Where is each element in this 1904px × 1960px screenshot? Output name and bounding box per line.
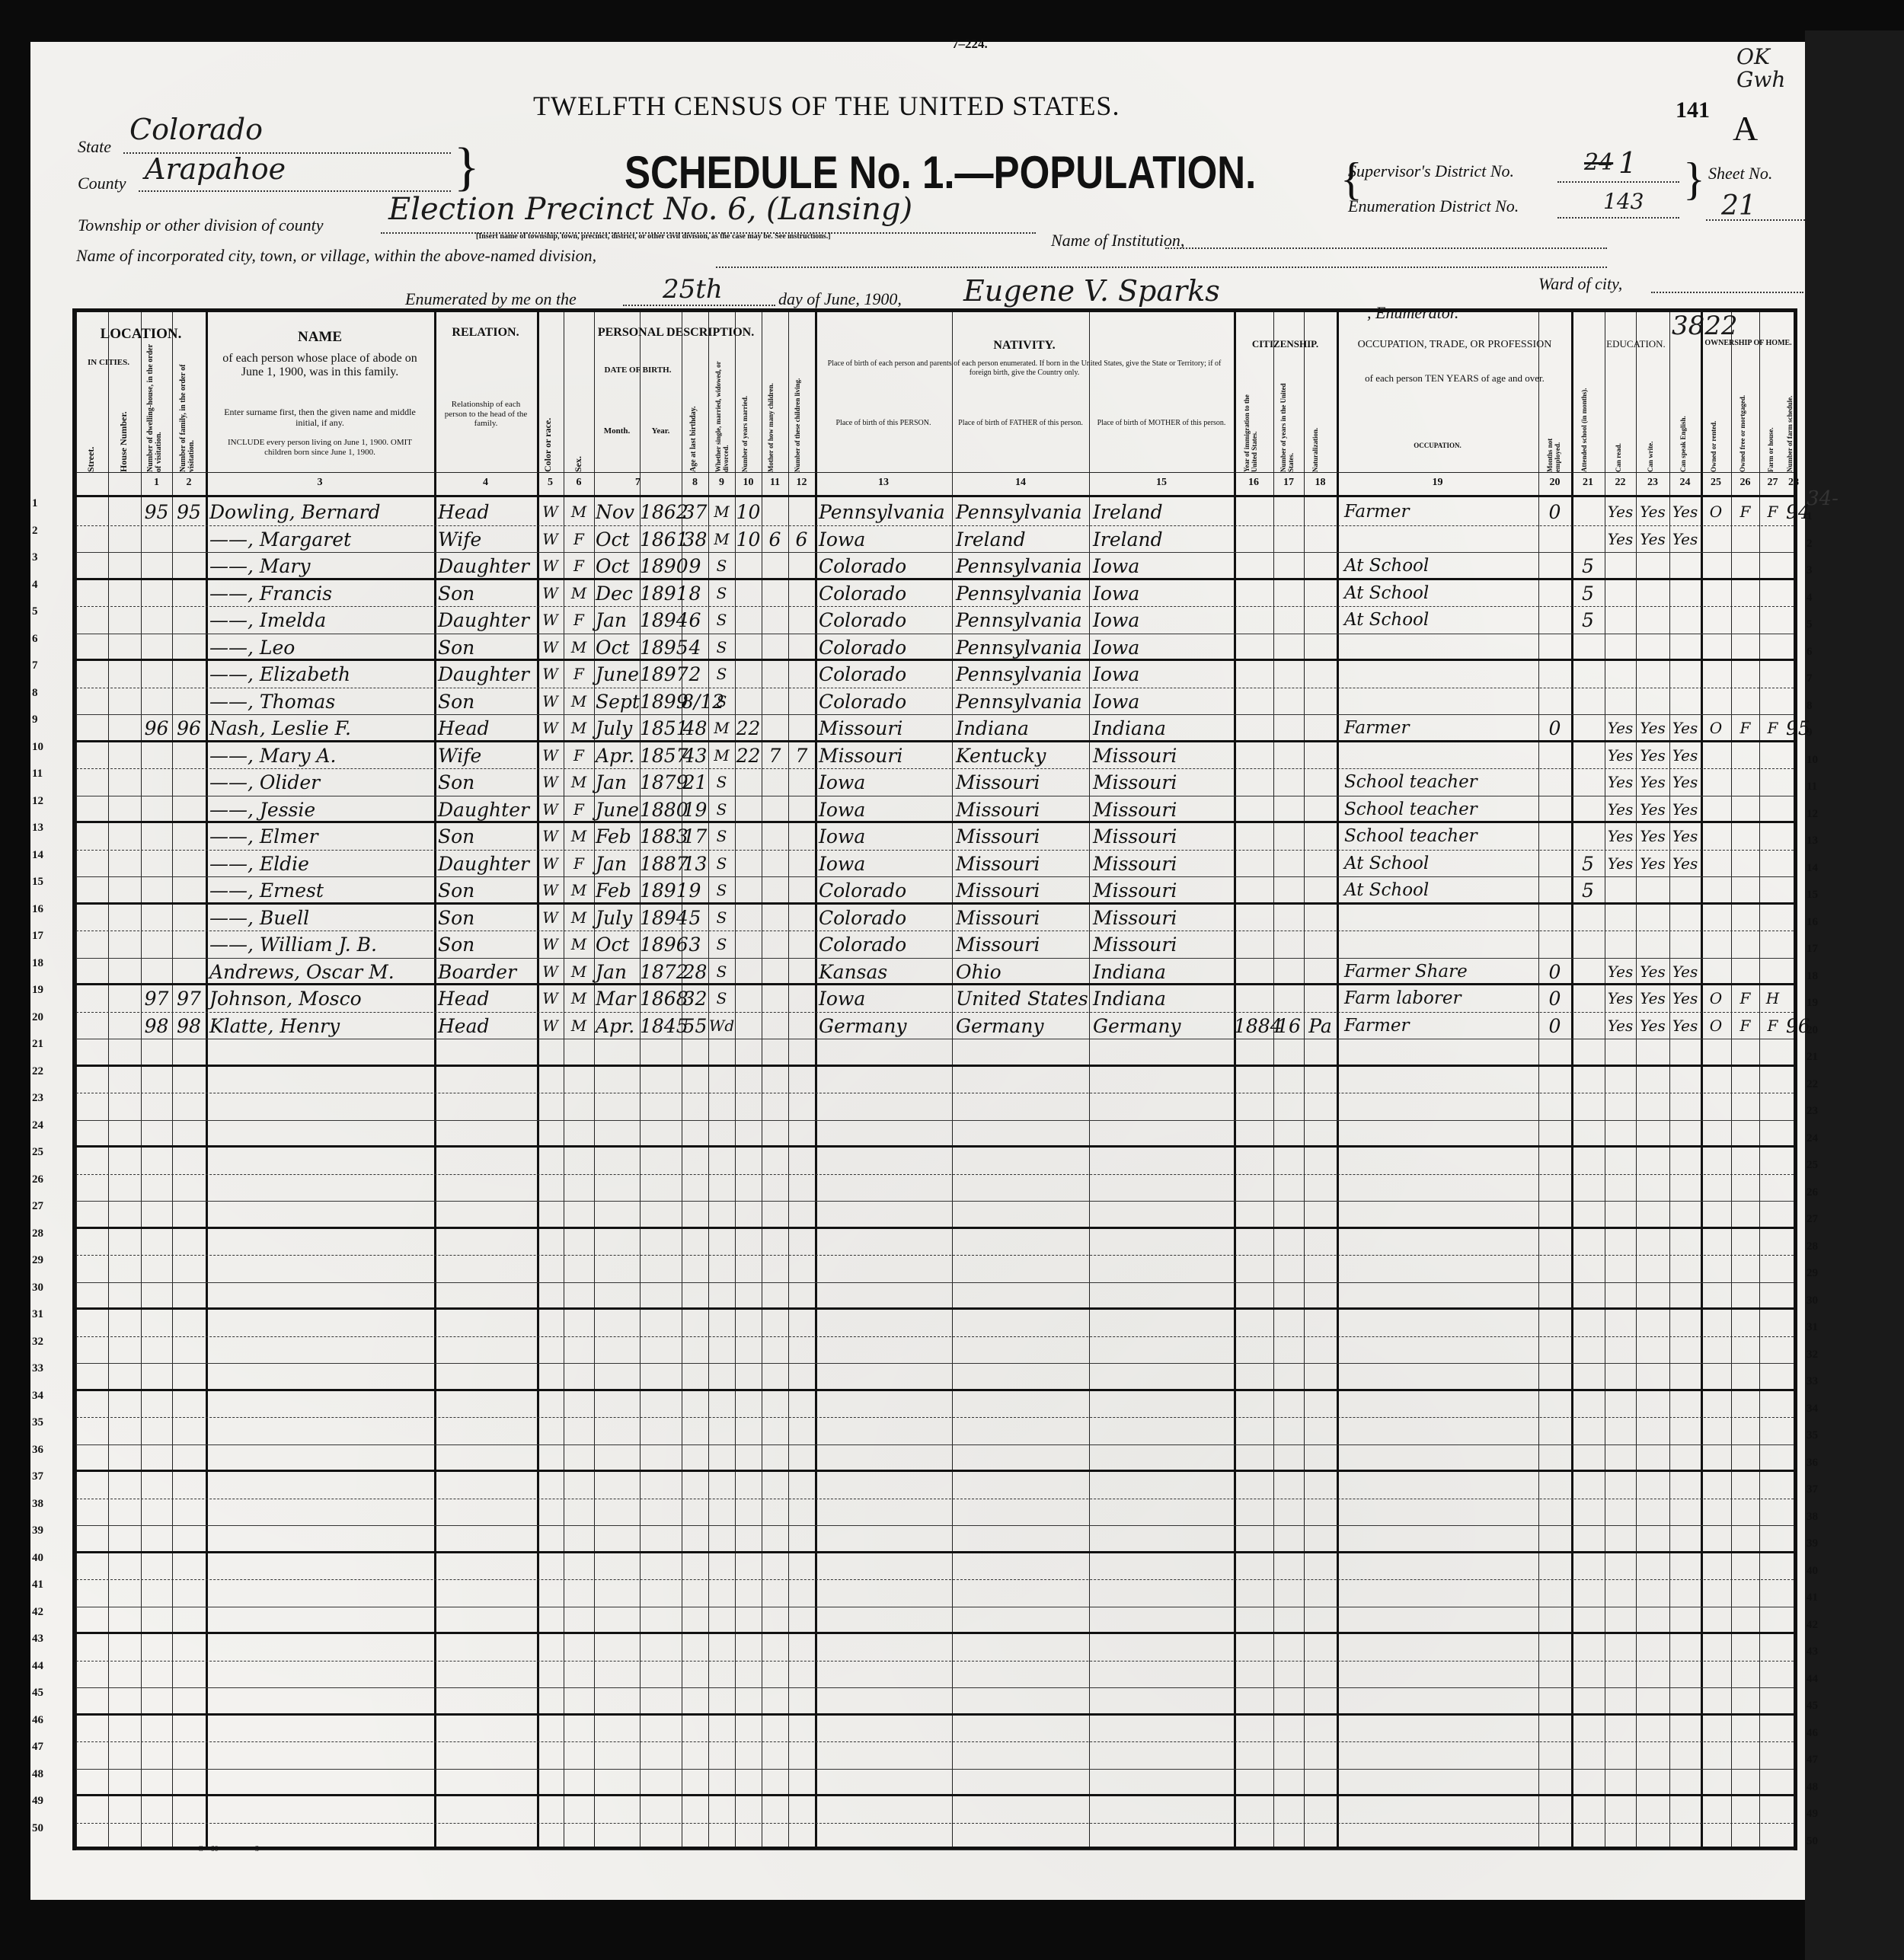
cell-own[interactable]: O [1701,1013,1731,1039]
cell-write[interactable]: Yes [1636,742,1669,769]
cell-occ[interactable]: Farmer [1344,1013,1538,1039]
cell-year[interactable]: 1845 [640,1013,682,1039]
cell-nat[interactable] [1304,580,1337,607]
cell-name[interactable]: ——, Eldie [209,851,434,877]
cell-english[interactable]: Yes [1669,499,1701,525]
cell-mother-birth[interactable]: Missouri [1093,931,1234,958]
cell-month[interactable]: Dec [596,580,640,607]
cell-ym[interactable]: 10 [735,499,762,525]
cell-year[interactable]: 1895 [640,634,682,659]
cell-mother[interactable] [762,499,788,525]
cell-occ[interactable]: Farmer [1344,499,1538,525]
cell-birth[interactable]: Colorado [819,553,952,578]
cell-ym[interactable] [735,634,762,659]
cell-sex[interactable]: M [564,1013,594,1039]
cell-mother[interactable] [762,877,788,902]
cell-marital[interactable]: S [708,931,735,958]
cell-occ[interactable] [1344,661,1538,688]
cell-read[interactable]: Yes [1605,796,1636,822]
cell-nat[interactable] [1304,851,1337,877]
cell-father[interactable]: Pennsylvania [956,634,1089,659]
cell-rel[interactable]: Head [438,985,537,1012]
cell-family[interactable]: 96 [172,715,206,740]
cell-occ[interactable]: At School [1344,607,1538,634]
cell-color[interactable]: W [537,634,564,659]
cell-unemp[interactable] [1538,905,1571,931]
cell-sex[interactable]: M [564,931,594,958]
cell-rel[interactable]: Head [438,499,537,525]
cell-father[interactable]: Pennsylvania [956,580,1089,607]
cell-father[interactable]: Missouri [956,769,1089,796]
cell-free[interactable] [1731,877,1759,902]
cell-family[interactable] [172,931,206,958]
cell-free[interactable]: F [1731,499,1759,525]
cell-living[interactable]: 7 [788,742,815,769]
cell-own[interactable] [1701,851,1731,877]
cell-color[interactable]: W [537,877,564,902]
cell-school[interactable]: 5 [1571,553,1605,578]
cell-free[interactable] [1731,931,1759,958]
enumerated-day[interactable]: 25th [663,274,723,305]
cell-nat[interactable] [1304,634,1337,659]
supervisor-value[interactable]: 1 [1618,146,1637,180]
cell-rel[interactable]: Son [438,580,537,607]
cell-marital[interactable]: S [708,580,735,607]
cell-age[interactable]: 37 [682,499,708,525]
cell-father[interactable]: Ireland [956,526,1089,553]
cell-sex[interactable]: M [564,905,594,931]
cell-own[interactable] [1701,769,1731,796]
cell-imm[interactable] [1234,931,1273,958]
cell-birth[interactable]: Iowa [819,796,952,822]
cell-marital[interactable]: S [708,985,735,1012]
cell-school[interactable]: 5 [1571,877,1605,902]
cell-unemp[interactable]: 0 [1538,1013,1571,1039]
cell-sched[interactable] [1786,634,1801,659]
cell-sched[interactable]: 94 [1786,499,1801,525]
cell-living[interactable] [788,931,815,958]
cell-imm[interactable] [1234,553,1273,578]
cell-ym[interactable] [735,688,762,715]
cell-sex[interactable]: F [564,526,594,553]
cell-birth[interactable]: Iowa [819,985,952,1012]
cell-marital[interactable]: S [708,634,735,659]
cell-father[interactable]: Indiana [956,715,1089,740]
cell-living[interactable] [788,796,815,822]
cell-name[interactable]: ——, Mary [209,553,434,578]
cell-living[interactable] [788,1013,815,1039]
cell-month[interactable]: Oct [596,634,640,659]
cell-write[interactable]: Yes [1636,526,1669,553]
cell-free[interactable] [1731,959,1759,984]
cell-farm[interactable] [1759,634,1786,659]
cell-unemp[interactable]: 0 [1538,499,1571,525]
cell-father[interactable]: Missouri [956,823,1089,850]
cell-father[interactable]: Germany [956,1013,1089,1039]
cell-birth[interactable]: Colorado [819,580,952,607]
cell-mother[interactable] [762,985,788,1012]
cell-family[interactable] [172,742,206,769]
cell-read[interactable]: Yes [1605,823,1636,850]
cell-imm[interactable] [1234,769,1273,796]
cell-sched[interactable] [1786,985,1801,1012]
cell-rel[interactable]: Daughter [438,851,537,877]
cell-age[interactable]: 13 [682,851,708,877]
cell-occ[interactable]: School teacher [1344,796,1538,822]
cell-name[interactable]: Dowling, Bernard [209,499,434,525]
cell-occ[interactable]: Farmer [1344,715,1538,740]
cell-farm[interactable] [1759,959,1786,984]
cell-school[interactable] [1571,985,1605,1012]
cell-nat[interactable] [1304,877,1337,902]
cell-year[interactable]: 1899 [640,688,682,715]
cell-living[interactable] [788,553,815,578]
cell-own[interactable] [1701,661,1731,688]
cell-age[interactable]: 32 [682,985,708,1012]
cell-age[interactable]: 9 [682,877,708,902]
cell-father[interactable]: Pennsylvania [956,661,1089,688]
cell-unemp[interactable] [1538,823,1571,850]
cell-sex[interactable]: F [564,553,594,578]
cell-month[interactable]: Jan [596,851,640,877]
cell-month[interactable]: Apr. [596,742,640,769]
cell-mother-birth[interactable]: Ireland [1093,499,1234,525]
cell-family[interactable] [172,769,206,796]
enumerator-name[interactable]: Eugene V. Sparks [963,274,1220,308]
cell-english[interactable] [1669,877,1701,902]
cell-mother-birth[interactable]: Iowa [1093,634,1234,659]
cell-name[interactable]: ——, Ernest [209,877,434,902]
cell-unemp[interactable] [1538,796,1571,822]
cell-living[interactable] [788,715,815,740]
cell-english[interactable] [1669,905,1701,931]
cell-year[interactable]: 1862 [640,499,682,525]
cell-occ[interactable]: At School [1344,851,1538,877]
county-value[interactable]: Arapahoe [145,152,286,186]
cell-family[interactable] [172,877,206,902]
cell-father[interactable]: Missouri [956,931,1089,958]
cell-mother[interactable] [762,851,788,877]
cell-occ[interactable]: At School [1344,553,1538,578]
cell-school[interactable]: 5 [1571,851,1605,877]
cell-nat[interactable] [1304,985,1337,1012]
cell-mother-birth[interactable]: Iowa [1093,553,1234,578]
cell-imm[interactable] [1234,959,1273,984]
cell-read[interactable]: Yes [1605,959,1636,984]
cell-age[interactable]: 19 [682,796,708,822]
cell-name[interactable]: Andrews, Oscar M. [209,959,434,984]
cell-sex[interactable]: F [564,742,594,769]
cell-write[interactable]: Yes [1636,1013,1669,1039]
cell-month[interactable]: Sept [596,688,640,715]
cell-read[interactable] [1605,905,1636,931]
cell-farm[interactable] [1759,742,1786,769]
cell-age[interactable]: 28 [682,959,708,984]
cell-school[interactable] [1571,931,1605,958]
cell-read[interactable] [1605,634,1636,659]
ed-value[interactable]: 143 [1603,189,1644,214]
cell-nat[interactable] [1304,661,1337,688]
cell-sex[interactable]: M [564,877,594,902]
cell-own[interactable] [1701,959,1731,984]
cell-month[interactable]: Jan [596,959,640,984]
cell-sched[interactable] [1786,607,1801,634]
cell-write[interactable]: Yes [1636,796,1669,822]
cell-color[interactable]: W [537,985,564,1012]
cell-name[interactable]: ——, Elizabeth [209,661,434,688]
cell-sched[interactable] [1786,553,1801,578]
cell-farm[interactable] [1759,851,1786,877]
cell-read[interactable] [1605,661,1636,688]
cell-month[interactable]: Oct [596,931,640,958]
cell-ym[interactable] [735,580,762,607]
cell-farm[interactable]: F [1759,1013,1786,1039]
cell-dwelling[interactable] [141,931,172,958]
cell-dwelling[interactable]: 95 [141,499,172,525]
cell-imm[interactable] [1234,688,1273,715]
cell-imm[interactable] [1234,526,1273,553]
cell-nat[interactable] [1304,607,1337,634]
cell-read[interactable]: Yes [1605,985,1636,1012]
cell-ym[interactable] [735,823,762,850]
cell-month[interactable]: Jan [596,769,640,796]
cell-father[interactable]: Missouri [956,796,1089,822]
cell-imm[interactable] [1234,823,1273,850]
cell-name[interactable]: ——, Imelda [209,607,434,634]
cell-write[interactable]: Yes [1636,769,1669,796]
cell-birth[interactable]: Missouri [819,742,952,769]
cell-yrs[interactable] [1273,985,1304,1012]
cell-free[interactable] [1731,526,1759,553]
cell-write[interactable]: Yes [1636,851,1669,877]
cell-father[interactable]: Pennsylvania [956,553,1089,578]
cell-ym[interactable] [735,769,762,796]
cell-age[interactable]: 5 [682,905,708,931]
cell-age[interactable]: 21 [682,769,708,796]
cell-marital[interactable]: S [708,851,735,877]
cell-english[interactable]: Yes [1669,526,1701,553]
cell-mother[interactable] [762,959,788,984]
cell-yrs[interactable] [1273,688,1304,715]
cell-own[interactable] [1701,796,1731,822]
cell-mother[interactable] [762,715,788,740]
cell-family[interactable] [172,851,206,877]
cell-english[interactable]: Yes [1669,851,1701,877]
cell-free[interactable]: F [1731,1013,1759,1039]
cell-imm[interactable] [1234,851,1273,877]
cell-mother[interactable]: 6 [762,526,788,553]
cell-age[interactable]: 38 [682,526,708,553]
cell-dwelling[interactable] [141,661,172,688]
cell-marital[interactable]: Wd [708,1013,735,1039]
cell-yrs[interactable] [1273,661,1304,688]
cell-english[interactable] [1669,634,1701,659]
cell-marital[interactable]: S [708,607,735,634]
cell-color[interactable]: W [537,688,564,715]
cell-birth[interactable]: Colorado [819,688,952,715]
cell-name[interactable]: Klatte, Henry [209,1013,434,1039]
cell-name[interactable]: ——, Leo [209,634,434,659]
cell-imm[interactable] [1234,661,1273,688]
cell-read[interactable]: Yes [1605,742,1636,769]
cell-imm[interactable] [1234,905,1273,931]
cell-name[interactable]: ——, William J. B. [209,931,434,958]
cell-unemp[interactable] [1538,769,1571,796]
cell-rel[interactable]: Daughter [438,553,537,578]
cell-farm[interactable]: F [1759,499,1786,525]
cell-school[interactable]: 5 [1571,607,1605,634]
cell-unemp[interactable]: 0 [1538,715,1571,740]
cell-sex[interactable]: M [564,580,594,607]
cell-yrs[interactable] [1273,526,1304,553]
cell-sched[interactable] [1786,905,1801,931]
state-value[interactable]: Colorado [129,113,263,146]
cell-own[interactable] [1701,742,1731,769]
cell-father[interactable]: United States [956,985,1089,1012]
cell-color[interactable]: W [537,1013,564,1039]
cell-year[interactable]: 1868 [640,985,682,1012]
cell-mother[interactable] [762,553,788,578]
cell-marital[interactable]: M [708,499,735,525]
cell-ym[interactable]: 22 [735,715,762,740]
city-line[interactable] [716,267,1607,268]
cell-sched[interactable] [1786,877,1801,902]
cell-month[interactable]: June [596,661,640,688]
cell-write[interactable] [1636,580,1669,607]
cell-nat[interactable] [1304,796,1337,822]
cell-name[interactable]: Johnson, Mosco [209,985,434,1012]
cell-unemp[interactable]: 0 [1538,959,1571,984]
cell-dwelling[interactable] [141,796,172,822]
cell-farm[interactable] [1759,823,1786,850]
cell-free[interactable] [1731,742,1759,769]
cell-own[interactable] [1701,905,1731,931]
cell-sex[interactable]: M [564,823,594,850]
cell-school[interactable] [1571,499,1605,525]
cell-ym[interactable] [735,796,762,822]
cell-mother-birth[interactable]: Iowa [1093,607,1234,634]
cell-birth[interactable]: Pennsylvania [819,499,952,525]
cell-school[interactable] [1571,688,1605,715]
cell-living[interactable] [788,580,815,607]
cell-ym[interactable] [735,959,762,984]
cell-nat[interactable] [1304,823,1337,850]
cell-color[interactable]: W [537,580,564,607]
cell-write[interactable]: Yes [1636,823,1669,850]
cell-english[interactable]: Yes [1669,959,1701,984]
cell-own[interactable] [1701,823,1731,850]
cell-imm[interactable] [1234,877,1273,902]
cell-marital[interactable]: M [708,742,735,769]
cell-imm[interactable] [1234,580,1273,607]
cell-age[interactable]: 8 [682,580,708,607]
cell-free[interactable]: F [1731,715,1759,740]
cell-read[interactable]: Yes [1605,715,1636,740]
cell-age[interactable]: 43 [682,742,708,769]
cell-nat[interactable] [1304,959,1337,984]
cell-nat[interactable] [1304,553,1337,578]
cell-own[interactable] [1701,634,1731,659]
cell-ym[interactable] [735,1013,762,1039]
cell-color[interactable]: W [537,715,564,740]
cell-free[interactable] [1731,580,1759,607]
cell-rel[interactable]: Daughter [438,607,537,634]
cell-read[interactable]: Yes [1605,769,1636,796]
cell-yrs[interactable] [1273,553,1304,578]
cell-rel[interactable]: Son [438,931,537,958]
cell-year[interactable]: 1894 [640,905,682,931]
cell-living[interactable] [788,905,815,931]
cell-living[interactable] [788,985,815,1012]
cell-rel[interactable]: Head [438,1013,537,1039]
cell-mother-birth[interactable]: Germany [1093,1013,1234,1039]
cell-color[interactable]: W [537,742,564,769]
cell-occ[interactable]: At School [1344,580,1538,607]
cell-read[interactable] [1605,931,1636,958]
cell-family[interactable]: 98 [172,1013,206,1039]
cell-sched[interactable] [1786,769,1801,796]
cell-free[interactable] [1731,634,1759,659]
cell-ym[interactable]: 10 [735,526,762,553]
cell-dwelling[interactable] [141,634,172,659]
cell-dwelling[interactable]: 96 [141,715,172,740]
cell-dwelling[interactable] [141,959,172,984]
cell-birth[interactable]: Iowa [819,769,952,796]
cell-english[interactable]: Yes [1669,715,1701,740]
cell-nat[interactable] [1304,526,1337,553]
cell-family[interactable] [172,553,206,578]
cell-farm[interactable] [1759,796,1786,822]
cell-sched[interactable] [1786,688,1801,715]
cell-yrs[interactable] [1273,905,1304,931]
cell-ym[interactable] [735,851,762,877]
cell-sched[interactable] [1786,851,1801,877]
cell-read[interactable]: Yes [1605,1013,1636,1039]
cell-name[interactable]: ——, Jessie [209,796,434,822]
cell-ym[interactable] [735,985,762,1012]
cell-yrs[interactable] [1273,499,1304,525]
cell-read[interactable]: Yes [1605,499,1636,525]
cell-mother[interactable] [762,634,788,659]
cell-nat[interactable] [1304,688,1337,715]
cell-color[interactable]: W [537,553,564,578]
cell-english[interactable] [1669,607,1701,634]
cell-english[interactable] [1669,553,1701,578]
cell-mother-birth[interactable]: Ireland [1093,526,1234,553]
cell-marital[interactable]: S [708,959,735,984]
cell-family[interactable] [172,905,206,931]
cell-ym[interactable] [735,553,762,578]
cell-occ[interactable]: Farmer Share [1344,959,1538,984]
cell-birth[interactable]: Iowa [819,823,952,850]
cell-own[interactable] [1701,688,1731,715]
cell-rel[interactable]: Wife [438,742,537,769]
cell-father[interactable]: Kentucky [956,742,1089,769]
cell-unemp[interactable] [1538,931,1571,958]
cell-father[interactable]: Pennsylvania [956,607,1089,634]
cell-farm[interactable]: F [1759,715,1786,740]
cell-name[interactable]: ——, Francis [209,580,434,607]
cell-english[interactable]: Yes [1669,796,1701,822]
cell-yrs[interactable] [1273,959,1304,984]
cell-own[interactable] [1701,553,1731,578]
cell-rel[interactable]: Son [438,905,537,931]
cell-family[interactable] [172,688,206,715]
cell-color[interactable]: W [537,851,564,877]
cell-marital[interactable]: S [708,769,735,796]
cell-rel[interactable]: Son [438,877,537,902]
cell-dwelling[interactable]: 98 [141,1013,172,1039]
